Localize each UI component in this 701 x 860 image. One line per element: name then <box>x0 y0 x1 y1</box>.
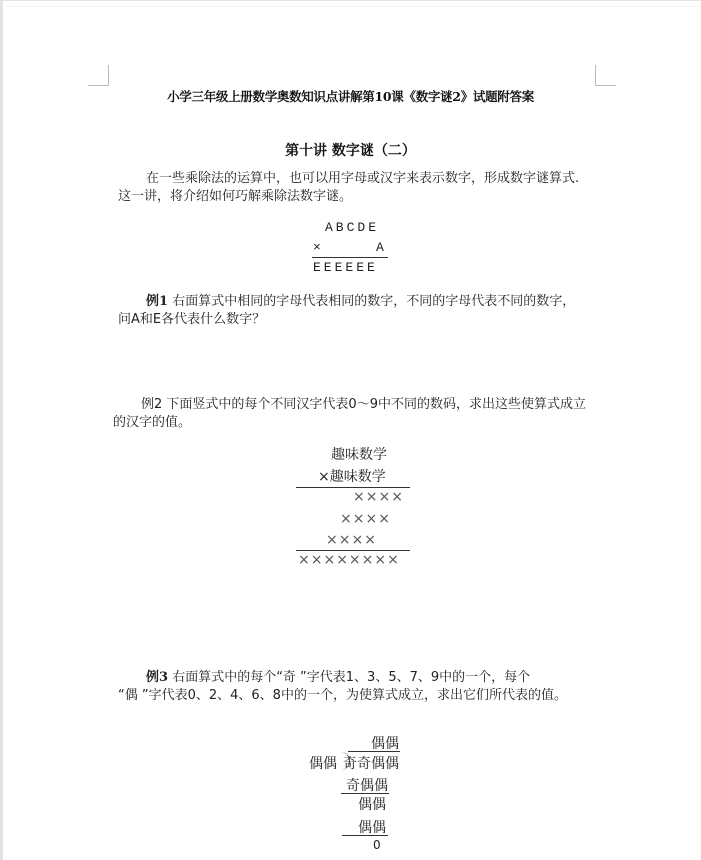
ex3-step-2: 偶偶 <box>358 794 386 814</box>
ex2-multiplicand: 趣味数学 <box>331 444 387 464</box>
ex1-product: EEEEEE <box>313 260 378 275</box>
margin-corner-mark-top-left <box>88 65 109 86</box>
page-top-edge <box>6 6 701 7</box>
ex3-rule-2 <box>342 835 388 836</box>
example2-label: 例2 <box>141 397 162 412</box>
window-left-border <box>0 0 3 860</box>
ex1-rule <box>312 257 388 258</box>
ex3-step-3: 偶偶 <box>358 817 386 837</box>
ex2-rule-1 <box>296 487 410 488</box>
ex1-multiplicand: ABCDE <box>325 220 379 235</box>
ex2-product: ×××××××× <box>298 552 400 568</box>
intro-text: 在一些乘除法的运算中，也可以用字母或汉字来表示数字，形成数字谜算式.这一讲，将介… <box>118 171 579 204</box>
intro-paragraph: 在一些乘除法的运算中，也可以用字母或汉字来表示数字，形成数字谜算式.这一讲，将介… <box>118 170 588 206</box>
ex3-remainder: 0 <box>373 838 381 852</box>
example2-paragraph: 例2 下面竖式中的每个不同汉字代表0～9中不同的数码，求出这些使算式成立的汉字的… <box>113 396 591 432</box>
ex1-operator: × <box>313 240 324 255</box>
ex3-divisor: 偶偶 <box>309 753 337 773</box>
document-title: 小学三年级上册数学奥数知识点讲解第10课《数字谜2》试题附答案 <box>0 87 701 105</box>
ex1-multiplier: A <box>376 240 387 255</box>
example1-text: 右面算式中相同的字母代表相同的数字，不同的字母代表不同的数字，问A和E各代表什么… <box>118 294 575 327</box>
ex3-division-bar <box>348 751 400 752</box>
ex3-dividend: 奇奇偶偶 <box>343 753 399 773</box>
ex2-rule-2 <box>296 550 410 551</box>
example2-text: 下面竖式中的每个不同汉字代表0～9中不同的数码，求出这些使算式成立的汉字的值。 <box>113 397 586 430</box>
example3-line2: “偶 ”字代表0、2、4、6、8中的一个，为使算式成立，求出它们所代表的值。 <box>118 687 608 705</box>
ex3-step-1: 奇偶偶 <box>346 775 388 795</box>
example1-label: 例1 <box>146 294 168 309</box>
ex2-multiplier: ×趣味数学 <box>318 466 386 486</box>
ex2-partial-1: ×××× <box>353 489 404 505</box>
window-top-border <box>0 0 701 1</box>
example3-label: 例3 <box>146 670 168 685</box>
example3-line1: 例3 右面算式中的每个“奇 ”字代表1、3、5、7、9中的一个，每个 <box>118 669 598 687</box>
section-title: 第十讲 数字谜（二） <box>0 140 701 160</box>
example3-text-1: 右面算式中的每个“奇 ”字代表1、3、5、7、9中的一个，每个 <box>172 670 530 685</box>
margin-corner-mark-top-right <box>595 65 616 86</box>
ex2-partial-3: ×××× <box>326 532 377 548</box>
example1-paragraph: 例1 右面算式中相同的字母代表相同的数字，不同的字母代表不同的数字，问A和E各代… <box>118 293 588 329</box>
ex3-quotient: 偶偶 <box>371 733 399 753</box>
ex2-partial-2: ×××× <box>340 511 391 527</box>
